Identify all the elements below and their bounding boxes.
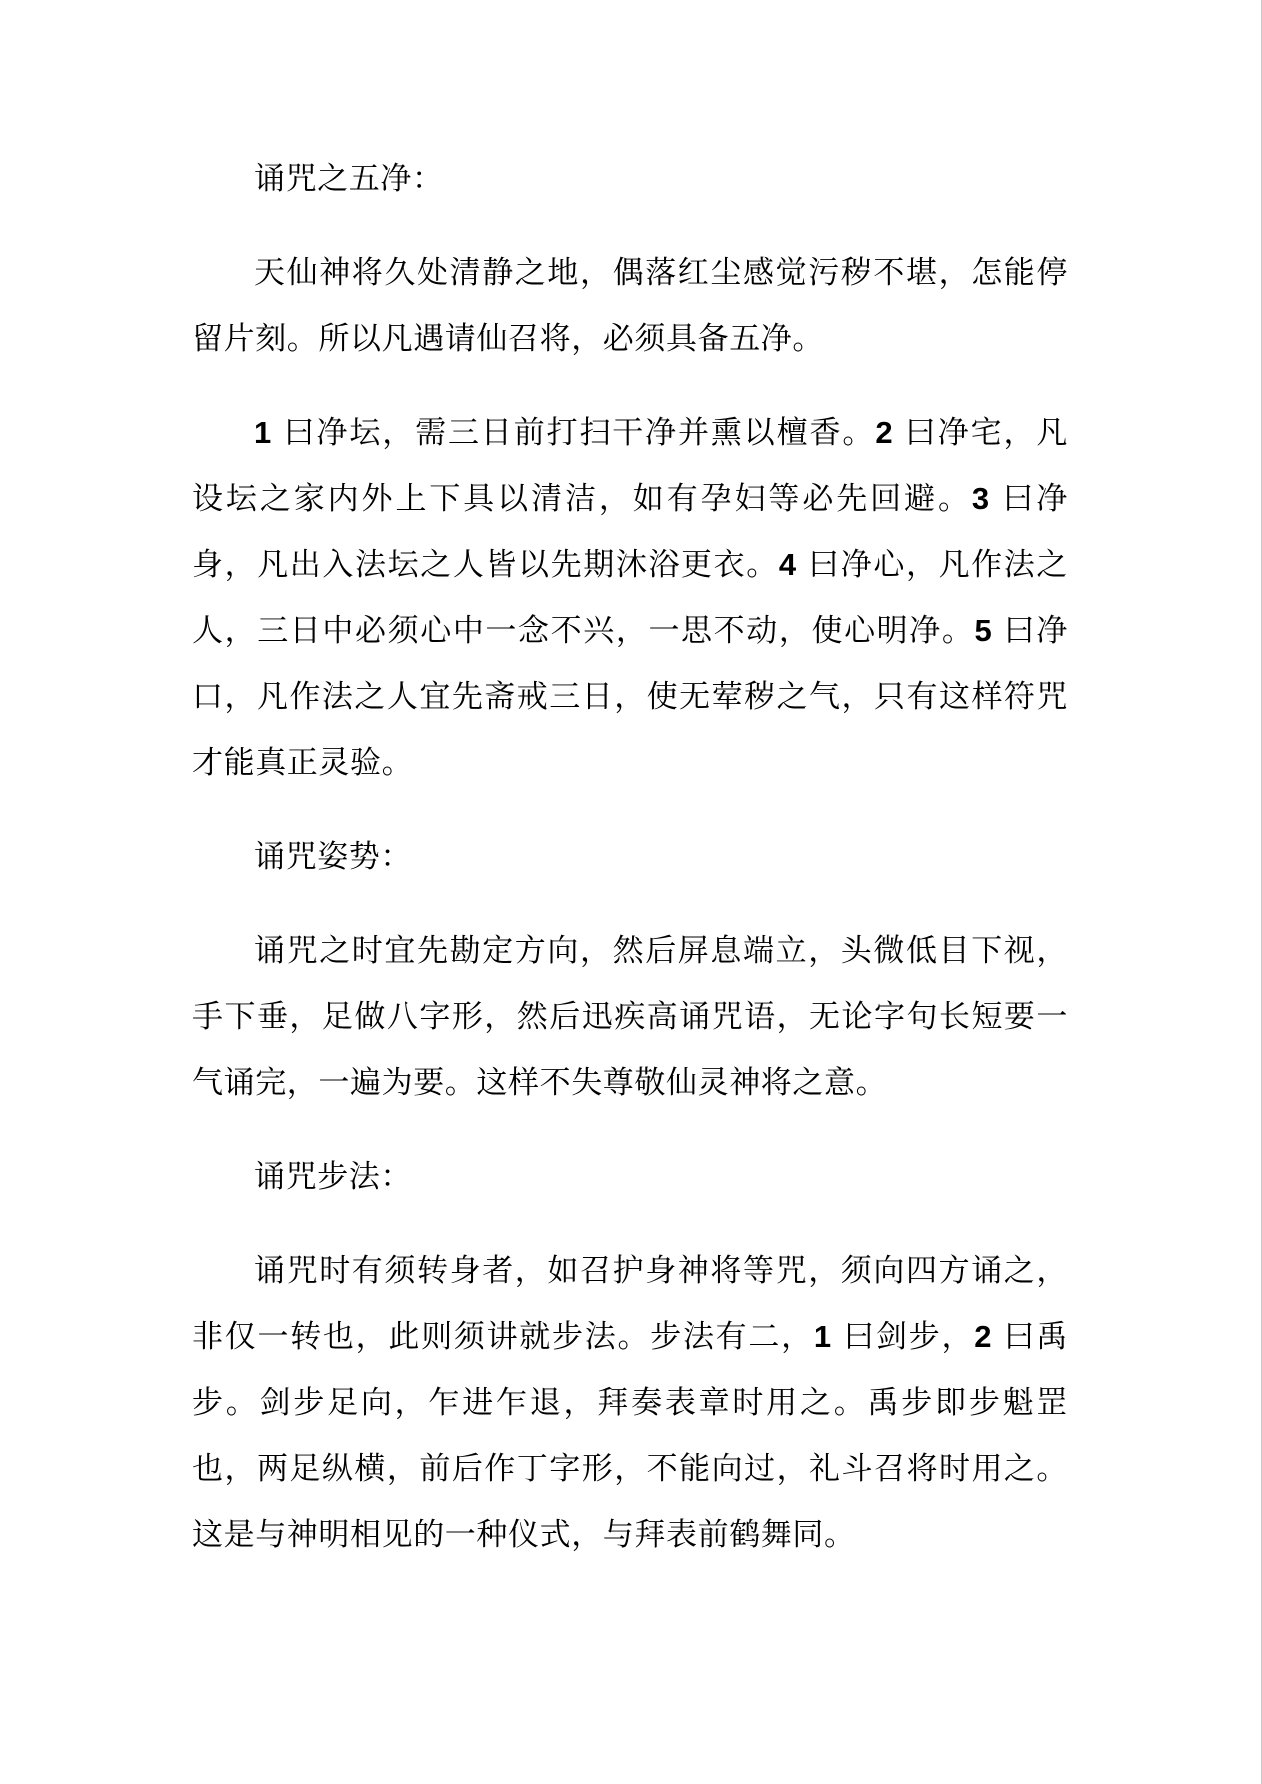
section-heading-steps: 诵咒步法： [192, 1144, 1068, 1210]
list-item-text: 曰净坛，需三日前打扫干净并熏以檀香。 [272, 415, 875, 451]
section-heading-five-purities: 诵咒之五净： [192, 146, 1068, 212]
list-number: 1 [254, 415, 272, 450]
list-number: 4 [779, 547, 797, 582]
list-number: 5 [974, 613, 992, 648]
paragraph-five-purities-list: 1 曰净坛，需三日前打扫干净并熏以檀香。2 曰净宅，凡设坛之家内外上下具以清洁，… [192, 400, 1068, 796]
paragraph-steps: 诵咒时有须转身者，如召护身神将等咒，须向四方诵之，非仅一转也，此则须讲就步法。步… [192, 1238, 1068, 1568]
paragraph-posture: 诵咒之时宜先勘定方向，然后屏息端立，头微低目下视，手下垂，足做八字形，然后迅疾高… [192, 918, 1068, 1116]
document-page: 诵咒之五净： 天仙神将久处清静之地，偶落红尘感觉污秽不堪，怎能停留片刻。所以凡遇… [192, 146, 1068, 1596]
steps-mid-text: 曰剑步， [832, 1319, 975, 1355]
list-number: 2 [875, 415, 893, 450]
list-number: 2 [974, 1319, 992, 1354]
list-number: 1 [814, 1319, 832, 1354]
list-number: 3 [972, 481, 990, 516]
paragraph-intro: 天仙神将久处清静之地，偶落红尘感觉污秽不堪，怎能停留片刻。所以凡遇请仙召将，必须… [192, 240, 1068, 372]
section-heading-posture: 诵咒姿势： [192, 824, 1068, 890]
